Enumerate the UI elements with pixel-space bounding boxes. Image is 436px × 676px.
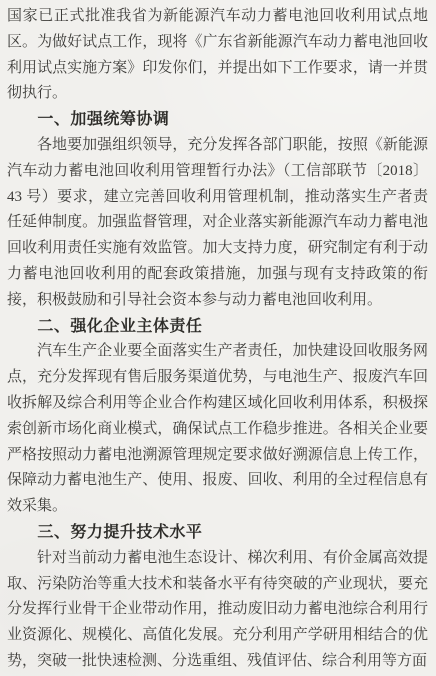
section-paragraph-1: 各地要加强组织领导，充分发挥各部门职能，按照《新能源汽车动力蓄电池回收利用管理暂… (7, 133, 428, 314)
section-heading-1: 一、加强统筹协调 (7, 107, 428, 133)
section-paragraph-3: 针对当前动力蓄电池生态设计、梯次利用、有价金属高效提取、污染防治等重大技术和装备… (7, 546, 428, 675)
section-paragraph-2: 汽车生产企业要全面落实生产者责任，加快建设回收服务网点，充分发挥现有售后服务渠道… (7, 339, 428, 520)
document-page: 国家已正式批准我省为新能源汽车动力蓄电池回收利用试点地区。为做好试点工作，现将《… (0, 0, 436, 676)
document-body: 国家已正式批准我省为新能源汽车动力蓄电池回收利用试点地区。为做好试点工作，现将《… (7, 4, 428, 675)
section-heading-2: 二、强化企业主体责任 (7, 314, 428, 340)
section-heading-3: 三、努力提升技术水平 (7, 520, 428, 546)
intro-paragraph: 国家已正式批准我省为新能源汽车动力蓄电池回收利用试点地区。为做好试点工作，现将《… (7, 4, 428, 107)
